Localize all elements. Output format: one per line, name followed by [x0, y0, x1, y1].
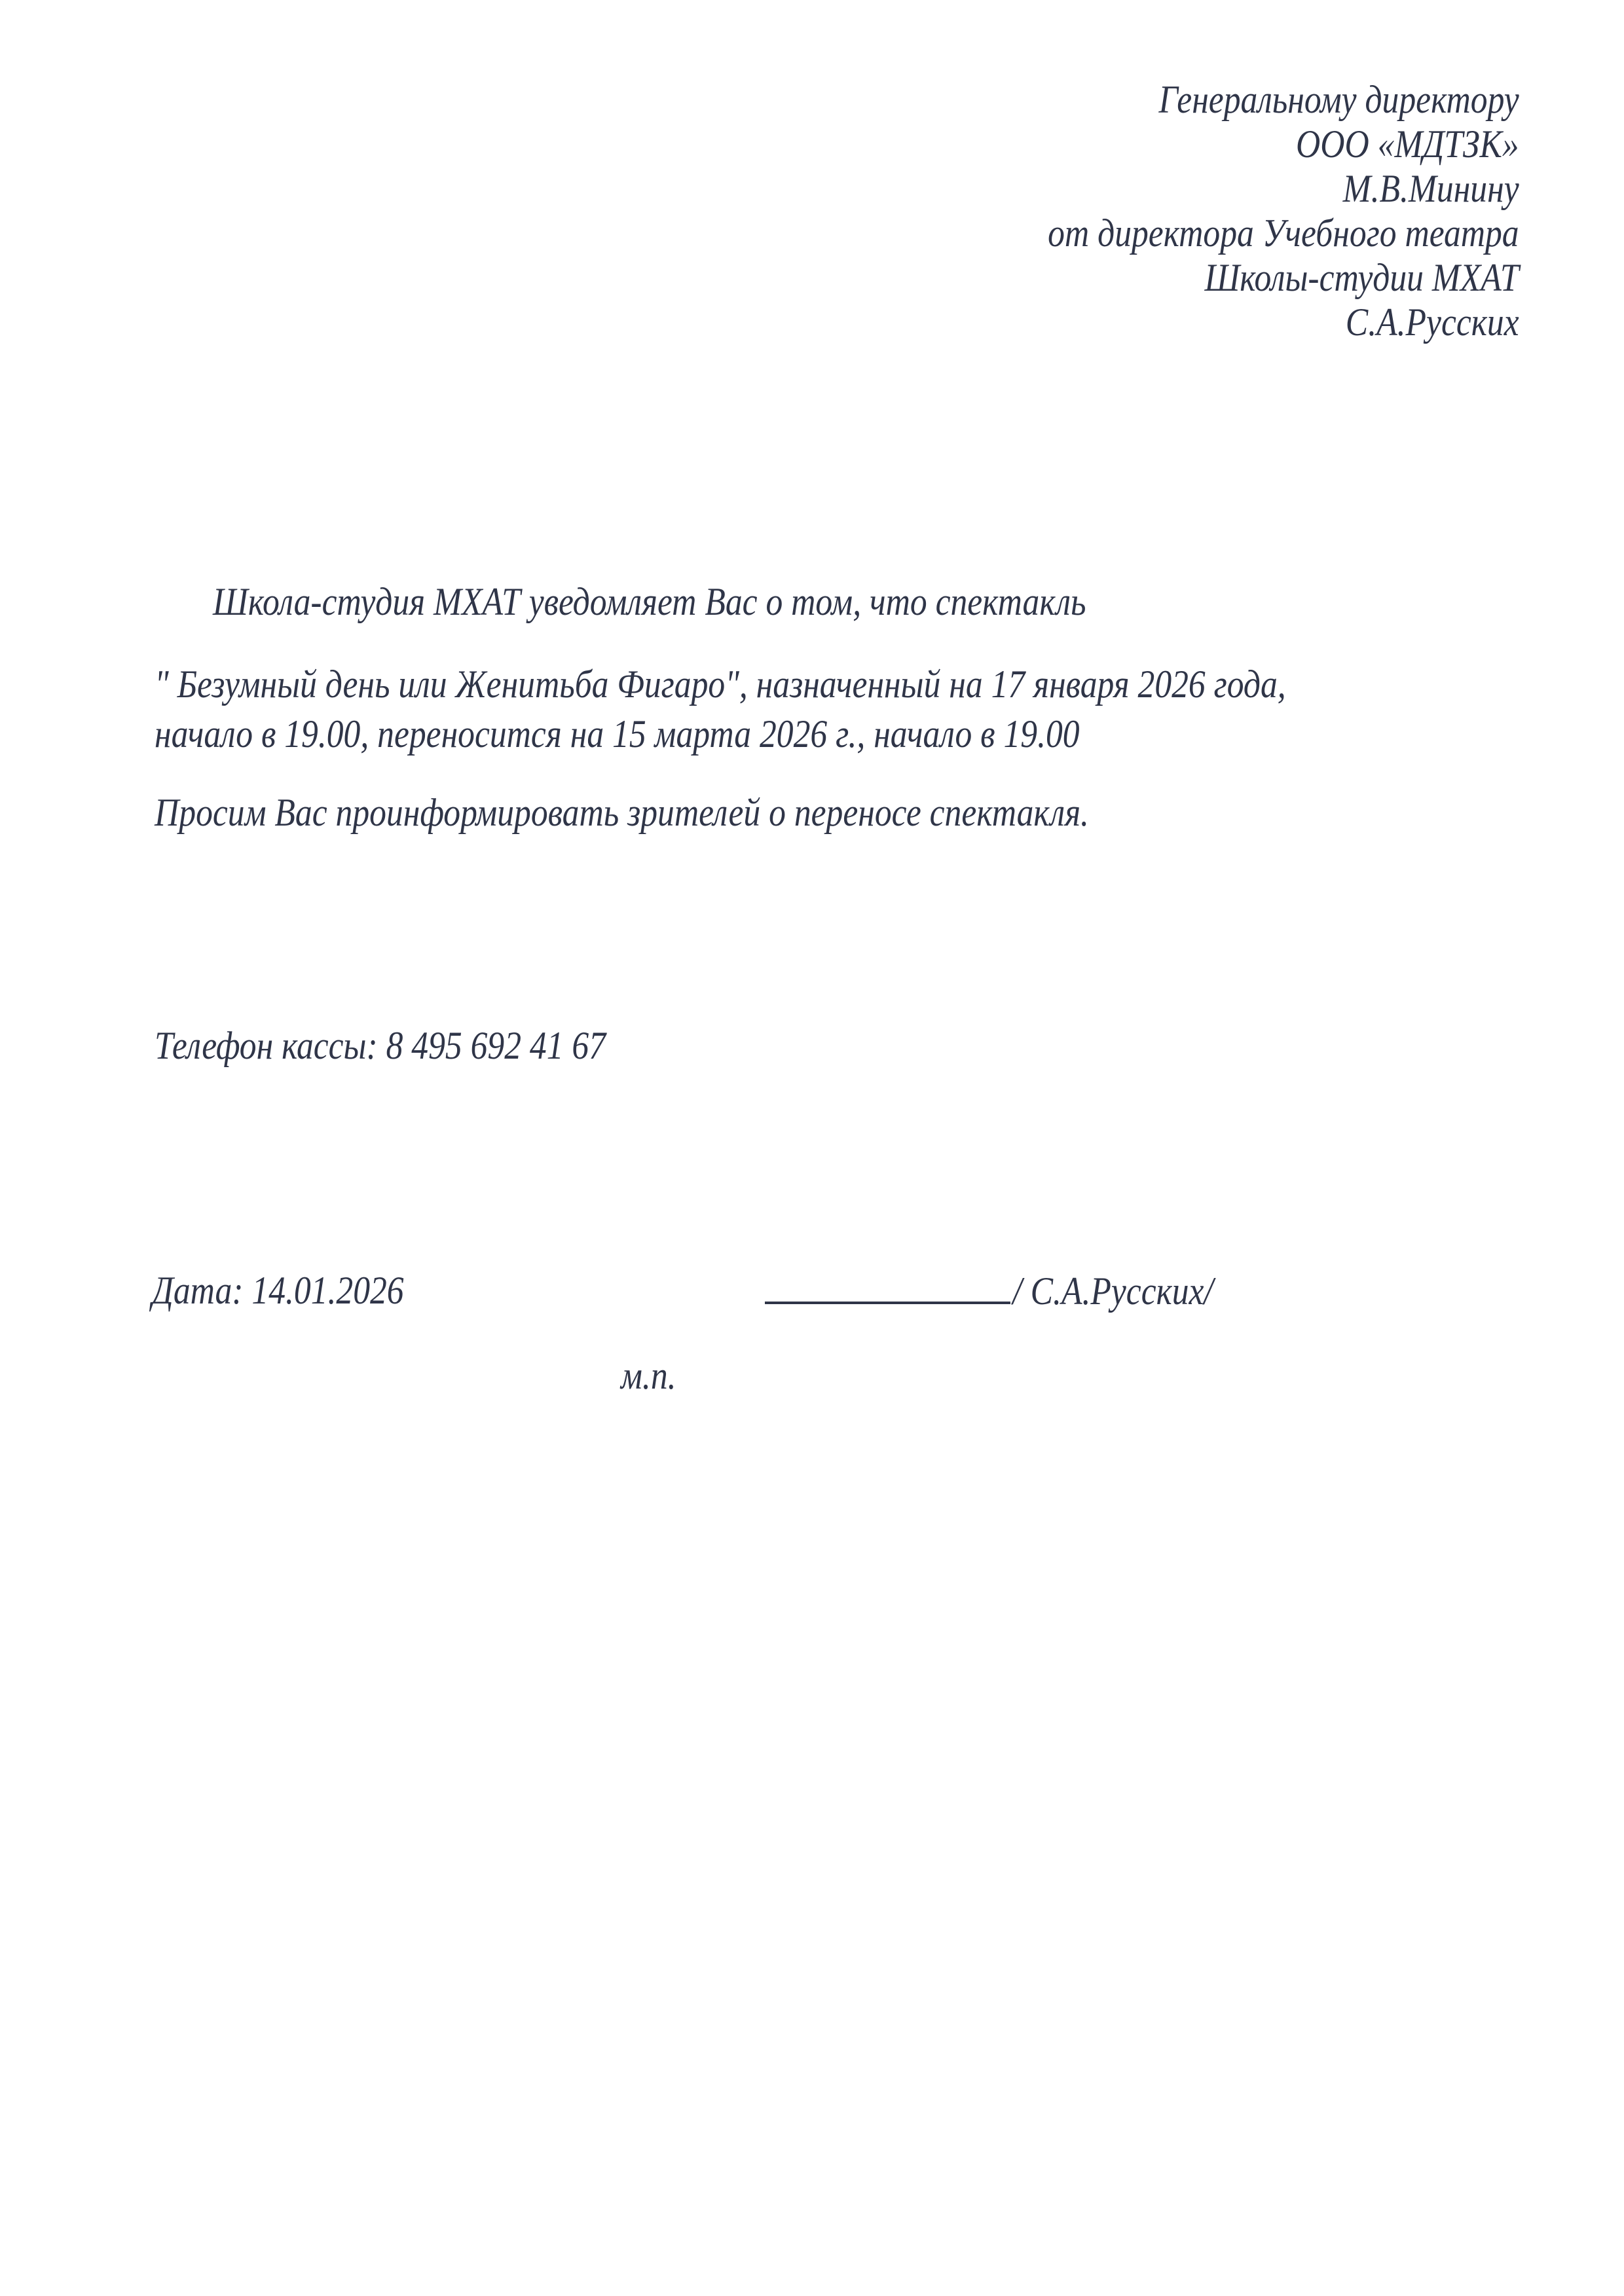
addressee-block: Генеральному директору ООО «МДТЗК» М.В.М…	[1048, 77, 1519, 344]
body-paragraph-3: Просим Вас проинформировать зрителей о п…	[155, 790, 1089, 835]
body-paragraph-1: Школа-студия МХАТ уведомляет Вас о том, …	[213, 579, 1086, 625]
signature-name: / С.А.Русских/	[1012, 1269, 1213, 1313]
addressee-line: Генеральному директору	[1048, 77, 1519, 122]
addressee-line: Школы-студии МХАТ	[1048, 255, 1519, 300]
document-page: Генеральному директору ООО «МДТЗК» М.В.М…	[0, 0, 1624, 2296]
body-paragraph-2-line-2: начало в 19.00, переносится на 15 марта …	[155, 711, 1080, 757]
date-line: Дата: 14.01.2026	[152, 1267, 404, 1313]
addressee-line: С.А.Русских	[1048, 300, 1519, 344]
signature-line	[765, 1267, 1010, 1304]
signature-block: / С.А.Русских/	[765, 1267, 1213, 1314]
addressee-line: ООО «МДТЗК»	[1048, 122, 1519, 166]
body-paragraph-2-line-1: " Безумный день или Женитьба Фигаро", на…	[155, 661, 1286, 707]
box-office-phone: Телефон кассы: 8 495 692 41 67	[155, 1023, 606, 1068]
addressee-line: М.В.Минину	[1048, 166, 1519, 211]
addressee-line: от директора Учебного театра	[1048, 211, 1519, 255]
stamp-place: м.п.	[621, 1353, 676, 1398]
